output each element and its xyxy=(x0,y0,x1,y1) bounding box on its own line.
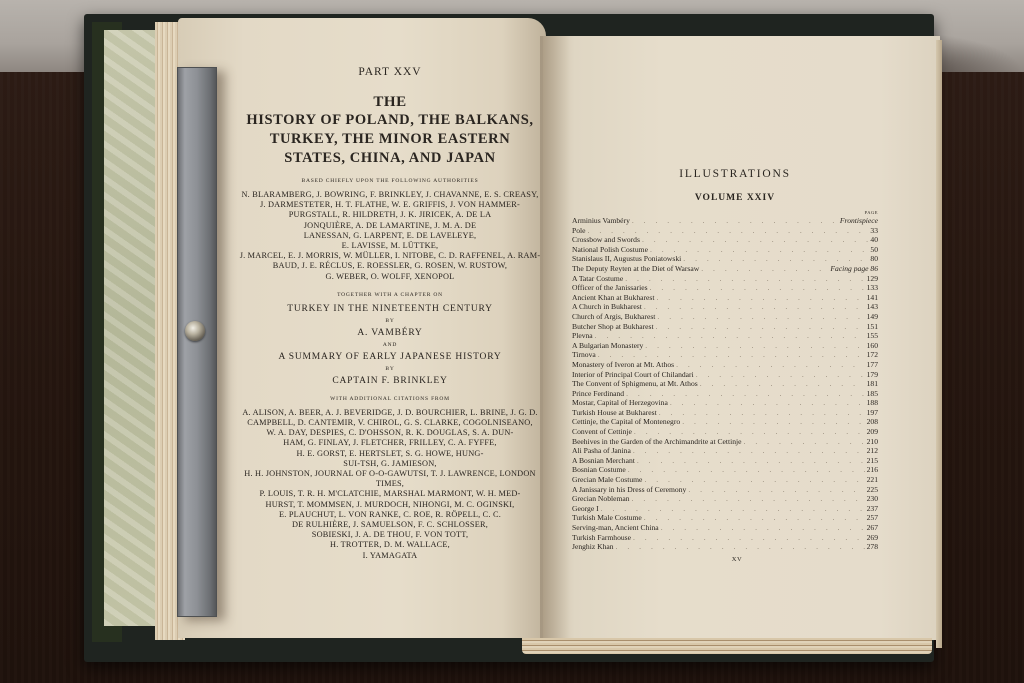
leader-dots xyxy=(656,322,865,332)
illustration-page-number: 212 xyxy=(867,446,878,456)
illustration-page-number: 221 xyxy=(867,475,878,485)
illustration-page-number: Frontispiece xyxy=(840,216,878,226)
illustration-page-number: 50 xyxy=(870,245,878,255)
illustration-caption: Mostar, Capital of Herzegovina xyxy=(572,398,668,408)
list-item: Officer of the Janissaries133 xyxy=(572,283,878,293)
metal-page-clip xyxy=(177,67,217,617)
citations-line: HAM, G. FINLAY, J. FLETCHER, FRILLEY, C.… xyxy=(230,438,550,448)
leader-dots xyxy=(696,370,865,380)
leader-dots xyxy=(744,437,865,447)
list-item: The Deputy Reyten at the Diet of WarsawF… xyxy=(572,264,878,274)
illustration-caption: Beehives in the Garden of the Archimandr… xyxy=(572,437,742,447)
authorities-line: E. LAVISSE, M. LÜTTKE, xyxy=(230,241,550,251)
illustration-page-number: 188 xyxy=(867,398,878,408)
list-item: A Bosnian Merchant215 xyxy=(572,456,878,466)
list-item: George I237 xyxy=(572,504,878,514)
illustration-page-number: 216 xyxy=(867,465,878,475)
list-item: Crossbow and Swords40 xyxy=(572,235,878,245)
list-item: Tirnova172 xyxy=(572,350,878,360)
illustration-page-number: 209 xyxy=(867,427,878,437)
illustration-caption: Convent of Cettinje xyxy=(572,427,632,437)
illustrations-list-page: ILLUSTRATIONS VOLUME XXIV PAGE Arminius … xyxy=(572,168,878,563)
leader-dots xyxy=(632,216,838,226)
citations-line: DE RULHIÈRE, J. SAMUELSON, F. C. SCHLOSS… xyxy=(230,520,550,530)
illustration-caption: Interior of Principal Court of Chilandar… xyxy=(572,370,694,380)
illustration-caption: A Church in Bukharest xyxy=(572,302,642,312)
authorities-line: N. BLARAMBERG, J. BOWRING, F. BRINKLEY, … xyxy=(230,190,550,200)
leader-dots xyxy=(595,331,865,341)
illustration-caption: Serving-man, Ancient China xyxy=(572,523,659,533)
illustration-caption: George I xyxy=(572,504,599,514)
leader-dots xyxy=(644,513,865,523)
illustration-caption: Bosnian Costume xyxy=(572,465,626,475)
illustration-page-number: 129 xyxy=(867,274,878,284)
author-vambery: A. VAMBÉRY xyxy=(230,328,550,338)
leader-dots xyxy=(656,293,864,303)
illustration-caption: The Deputy Reyten at the Diet of Warsaw xyxy=(572,264,699,274)
authorities-line: J. DARMESTETER, H. T. FLATHE, W. E. GRIF… xyxy=(230,200,550,210)
illustration-page-number: 151 xyxy=(867,322,878,332)
leader-dots xyxy=(642,235,868,245)
illustration-caption: Tirnova xyxy=(572,350,596,360)
list-item: A Bulgarian Monastery160 xyxy=(572,341,878,351)
leader-dots xyxy=(683,254,868,264)
illustration-page-number: 143 xyxy=(867,302,878,312)
by-label: BY xyxy=(230,366,550,372)
list-item: Plevna155 xyxy=(572,331,878,341)
illustration-page-number: 267 xyxy=(867,523,878,533)
illustration-caption: Grecian Male Costume xyxy=(572,475,642,485)
leader-dots xyxy=(644,475,864,485)
illustration-caption: Monastery of Iveron at Mt. Athos xyxy=(572,360,674,370)
leader-dots xyxy=(644,302,865,312)
list-item: Monastery of Iveron at Mt. Athos177 xyxy=(572,360,878,370)
illustration-page-number: 215 xyxy=(867,456,878,466)
list-item: Ancient Khan at Bukharest141 xyxy=(572,293,878,303)
leader-dots xyxy=(670,398,865,408)
list-item: The Convent of Sphigmenu, at Mt. Athos18… xyxy=(572,379,878,389)
illustration-page-number: 149 xyxy=(867,312,878,322)
list-item: A Tatar Costume129 xyxy=(572,274,878,284)
leader-dots xyxy=(616,542,865,552)
illustration-page-number: 33 xyxy=(870,226,878,236)
illustration-page-number: 269 xyxy=(867,533,878,543)
leader-dots xyxy=(650,245,868,255)
title-line: HISTORY OF POLAND, THE BALKANS, xyxy=(230,111,550,130)
summary-title: A SUMMARY OF EARLY JAPANESE HISTORY xyxy=(230,352,550,362)
list-item: Pole33 xyxy=(572,226,878,236)
leader-dots xyxy=(598,350,865,360)
illustration-page-number: 133 xyxy=(867,283,878,293)
leader-dots xyxy=(588,226,869,236)
leader-dots xyxy=(688,485,864,495)
list-item: Cettinje, the Capital of Montenegro208 xyxy=(572,417,878,427)
list-item: Beehives in the Garden of the Archimandr… xyxy=(572,437,878,447)
list-item: Serving-man, Ancient China267 xyxy=(572,523,878,533)
leader-dots xyxy=(637,456,865,466)
illustration-caption: A Bosnian Merchant xyxy=(572,456,635,466)
list-item: Bosnian Costume216 xyxy=(572,465,878,475)
by-label: BY xyxy=(230,318,550,324)
list-item: Stanislaus II, Augustus Poniatowski80 xyxy=(572,254,878,264)
illustration-page-number: 208 xyxy=(867,417,878,427)
citations-line: SUI-TSH, G. JAMIESON, xyxy=(230,459,550,469)
illustration-caption: Plevna xyxy=(572,331,593,341)
citations-line: P. LOUIS, T. R. H. M'CLATCHIE, MARSHAL M… xyxy=(230,489,550,499)
list-item: National Polish Costume50 xyxy=(572,245,878,255)
illustration-caption: Pole xyxy=(572,226,586,236)
authorities-line: JONQUIÈRE, A. DE LAMARTINE, J. M. A. DE xyxy=(230,221,550,231)
leader-dots xyxy=(645,341,864,351)
illustration-caption: Ancient Khan at Bukharest xyxy=(572,293,654,303)
list-item: Turkish House at Bukharest197 xyxy=(572,408,878,418)
leader-dots xyxy=(657,312,864,322)
illustration-page-number: 160 xyxy=(867,341,878,351)
citations-line: E. PLAUCHUT, L. VON RANKE, C. ROE, R. RÖ… xyxy=(230,510,550,520)
list-item: Convent of Cettinje209 xyxy=(572,427,878,437)
leader-dots xyxy=(601,504,865,514)
citations-line: W. A. DAY, DESPIES, C. D'OHSSON, R. K. D… xyxy=(230,428,550,438)
illustration-page-number: 210 xyxy=(867,437,878,447)
illustration-page-number: 155 xyxy=(867,331,878,341)
leader-dots xyxy=(626,389,865,399)
page-folio: XV xyxy=(596,556,878,563)
illustration-page-number: 177 xyxy=(867,360,878,370)
illustration-caption: Church of Argis, Bukharest xyxy=(572,312,655,322)
citations-line: H. H. JOHNSTON, JOURNAL OF O-O-GAWUTSI, … xyxy=(230,469,550,489)
citations-list: A. ALISON, A. BEER, A. J. BEVERIDGE, J. … xyxy=(230,408,550,561)
citations-line: CAMPBELL, D. CANTEMIR, V. CHIROL, G. S. … xyxy=(230,418,550,428)
citations-label: WITH ADDITIONAL CITATIONS FROM xyxy=(230,396,550,402)
illustration-page-number: 80 xyxy=(870,254,878,264)
based-on-label: BASED CHIEFLY UPON THE FOLLOWING AUTHORI… xyxy=(230,178,550,184)
citations-line: H. TROTTER, D. M. WALLACE, xyxy=(230,540,550,550)
illustration-caption: National Polish Costume xyxy=(572,245,648,255)
title-the: THE xyxy=(230,94,550,111)
illustration-page-number: 172 xyxy=(867,350,878,360)
illustration-caption: Turkish Farmhouse xyxy=(572,533,631,543)
list-item: Grecian Male Costume221 xyxy=(572,475,878,485)
illustration-page-number: 237 xyxy=(867,504,878,514)
list-item: Church of Argis, Bukharest149 xyxy=(572,312,878,322)
illustration-page-number: 225 xyxy=(867,485,878,495)
leader-dots xyxy=(659,408,865,418)
leader-dots xyxy=(650,283,865,293)
list-item: Jenghiz Khan278 xyxy=(572,542,878,552)
list-item: Prince Ferdinand185 xyxy=(572,389,878,399)
illustration-caption: Jenghiz Khan xyxy=(572,542,614,552)
list-item: Turkish Farmhouse269 xyxy=(572,533,878,543)
illustration-caption: Crossbow and Swords xyxy=(572,235,640,245)
citations-line: A. ALISON, A. BEER, A. J. BEVERIDGE, J. … xyxy=(230,408,550,418)
illustration-page-number: 197 xyxy=(867,408,878,418)
illustration-page-number: 278 xyxy=(867,542,878,552)
title-page-text: PART XXV THE HISTORY OF POLAND, THE BALK… xyxy=(230,62,550,561)
author-brinkley: CAPTAIN F. BRINKLEY xyxy=(230,376,550,386)
title-line: TURKEY, THE MINOR EASTERN xyxy=(230,130,550,149)
list-item: Mostar, Capital of Herzegovina188 xyxy=(572,398,878,408)
illustration-caption: Grecian Nobleman xyxy=(572,494,630,504)
citations-line: SOBIESKI, J. A. DE THOU, F. VON TOTT, xyxy=(230,530,550,540)
illustration-caption: A Bulgarian Monastery xyxy=(572,341,643,351)
list-item: Interior of Principal Court of Chilandar… xyxy=(572,370,878,380)
together-label: TOGETHER WITH A CHAPTER ON xyxy=(230,292,550,298)
volume-heading: VOLUME XXIV xyxy=(592,193,878,203)
illustration-caption: Officer of the Janissaries xyxy=(572,283,648,293)
leader-dots xyxy=(682,417,864,427)
authorities-list: N. BLARAMBERG, J. BOWRING, F. BRINKLEY, … xyxy=(230,190,550,282)
illustrations-heading: ILLUSTRATIONS xyxy=(592,168,878,180)
illustration-page-number: Facing page 86 xyxy=(830,264,878,274)
illustration-caption: The Convent of Sphigmenu, at Mt. Athos xyxy=(572,379,698,389)
authorities-line: BAUD, J. E. RÉCLUS, E. ROESSLER, G. ROSE… xyxy=(230,261,550,271)
illustration-page-number: 185 xyxy=(867,389,878,399)
list-item: Butcher Shop at Bukharest151 xyxy=(572,322,878,332)
authorities-line: J. MARCEL, E. J. MORRIS, W. MÜLLER, I. N… xyxy=(230,251,550,261)
leader-dots xyxy=(633,446,865,456)
leader-dots xyxy=(701,264,828,274)
leader-dots xyxy=(633,533,865,543)
clip-screw-knob xyxy=(185,321,205,341)
illustrations-list: Arminius VambéryFrontispiecePole33Crossb… xyxy=(572,216,878,552)
leader-dots xyxy=(700,379,865,389)
list-item: Turkish Male Costume257 xyxy=(572,513,878,523)
illustration-caption: Stanislaus II, Augustus Poniatowski xyxy=(572,254,681,264)
citations-line: HURST, T. MOMMSEN, J. MURDOCH, NIHONGI, … xyxy=(230,500,550,510)
illustration-page-number: 230 xyxy=(867,494,878,504)
chapter-title: TURKEY IN THE NINETEENTH CENTURY xyxy=(230,304,550,314)
citations-line: H. E. GORST, E. HERTSLET, S. G. HOWE, HU… xyxy=(230,449,550,459)
list-item: A Janissary in his Dress of Ceremony225 xyxy=(572,485,878,495)
leader-dots xyxy=(625,274,864,284)
illustration-caption: Arminius Vambéry xyxy=(572,216,630,226)
list-item: Arminius VambéryFrontispiece xyxy=(572,216,878,226)
list-item: A Church in Bukharest143 xyxy=(572,302,878,312)
leader-dots xyxy=(632,494,865,504)
illustration-caption: Turkish Male Costume xyxy=(572,513,642,523)
illustration-caption: Prince Ferdinand xyxy=(572,389,624,399)
leader-dots xyxy=(628,465,865,475)
part-number: PART XXV xyxy=(230,66,550,78)
leader-dots xyxy=(661,523,865,533)
illustration-caption: Cettinje, the Capital of Montenegro xyxy=(572,417,680,427)
illustration-page-number: 179 xyxy=(867,370,878,380)
and-label: AND xyxy=(230,342,550,348)
citations-line: I. YAMAGATA xyxy=(230,551,550,561)
authorities-line: G. WEBER, O. WOLFF, XENOPOL xyxy=(230,272,550,282)
list-item: Ali Pasha of Janina212 xyxy=(572,446,878,456)
illustration-caption: A Tatar Costume xyxy=(572,274,623,284)
leader-dots xyxy=(676,360,865,370)
illustration-page-number: 40 xyxy=(870,235,878,245)
illustration-caption: Turkish House at Bukharest xyxy=(572,408,657,418)
illustration-page-number: 181 xyxy=(867,379,878,389)
authorities-line: PURGSTALL, R. HILDRETH, J. K. JIRICEK, A… xyxy=(230,210,550,220)
illustration-caption: Ali Pasha of Janina xyxy=(572,446,631,456)
illustration-page-number: 257 xyxy=(867,513,878,523)
illustration-page-number: 141 xyxy=(867,293,878,303)
illustration-caption: A Janissary in his Dress of Ceremony xyxy=(572,485,686,495)
illustration-caption: Butcher Shop at Bukharest xyxy=(572,322,654,332)
right-page-edges xyxy=(936,40,942,648)
bottom-page-edges xyxy=(522,638,932,654)
authorities-line: LANESSAN, G. LARPENT, E. DE LAVELEYE, xyxy=(230,231,550,241)
list-item: Grecian Nobleman230 xyxy=(572,494,878,504)
title-line: STATES, CHINA, AND JAPAN xyxy=(230,149,550,168)
leader-dots xyxy=(634,427,865,437)
